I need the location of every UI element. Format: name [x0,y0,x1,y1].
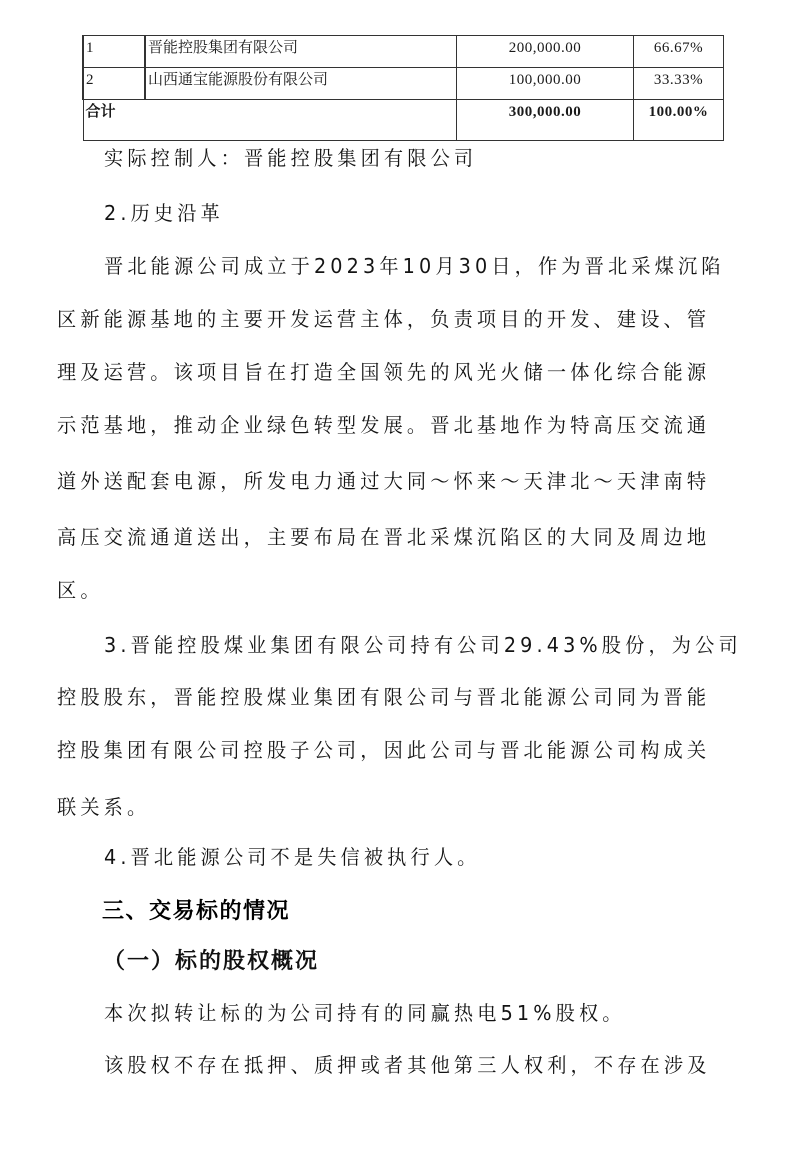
history-paragraph-line: 晋北能源公司成立于2023年10月30日，作为晋北采煤沉陷 [104,254,725,278]
shareholder-name: 晋能控股集团有限公司 [145,36,457,68]
transfer-statement: 本次拟转让标的为公司持有的同赢热电51%股权。 [104,1001,626,1025]
shareholding-percent: 66.67% [634,36,724,68]
shareholding-percent: 33.33% [634,68,724,100]
related-party-paragraph-line: 控股股东，晋能控股煤业集团有限公司与晋北能源公司同为晋能 [57,685,710,709]
related-party-paragraph-line: 3.晋能控股煤业集团有限公司持有公司29.43%股份，为公司 [104,633,742,657]
history-paragraph-line: 理及运营。该项目旨在打造全国领先的风光火储一体化综合能源 [57,360,710,384]
contribution-amount: 100,000.00 [457,68,634,100]
history-title: 2.历史沿革 [104,201,224,225]
not-dishonest-statement: 4.晋北能源公司不是失信被执行人。 [104,845,481,869]
table-row: 2 山西通宝能源股份有限公司 100,000.00 33.33% [83,68,724,100]
history-paragraph-line: 区新能源基地的主要开发运营主体，负责项目的开发、建设、管 [57,307,710,331]
shareholder-name: 山西通宝能源股份有限公司 [145,68,457,100]
row-number: 1 [83,36,145,68]
history-paragraph-line: 示范基地，推动企业绿色转型发展。晋北基地作为特高压交流通 [57,413,710,437]
row-number: 2 [83,68,145,100]
actual-controller: 实际控制人：晋能控股集团有限公司 [104,146,477,170]
history-paragraph-line: 道外送配套电源，所发电力通过大同～怀来～天津北～天津南特 [57,469,710,493]
total-label: 合计 [83,100,457,141]
contribution-amount: 200,000.00 [457,36,634,68]
subsection-heading: （一）标的股权概况 [103,949,319,975]
table-row: 1 晋能控股集团有限公司 200,000.00 66.67% [83,36,724,68]
encumbrance-statement: 该股权不存在抵押、质押或者其他第三人权利，不存在涉及 [104,1053,711,1077]
document-page: 1 晋能控股集团有限公司 200,000.00 66.67% 2 山西通宝能源股… [0,0,793,1150]
related-party-paragraph-line: 联关系。 [57,795,150,819]
history-paragraph-line: 区。 [57,578,104,602]
total-percent: 100.00% [634,100,724,141]
section-heading: 三、交易标的情况 [102,899,290,925]
related-party-paragraph-line: 控股集团有限公司控股子公司，因此公司与晋北能源公司构成关 [57,738,710,762]
table-total-row: 合计 300,000.00 100.00% [83,100,724,141]
total-amount: 300,000.00 [457,100,634,141]
shareholder-table: 1 晋能控股集团有限公司 200,000.00 66.67% 2 山西通宝能源股… [82,35,724,141]
history-paragraph-line: 高压交流通道送出，主要布局在晋北采煤沉陷区的大同及周边地 [57,525,710,549]
